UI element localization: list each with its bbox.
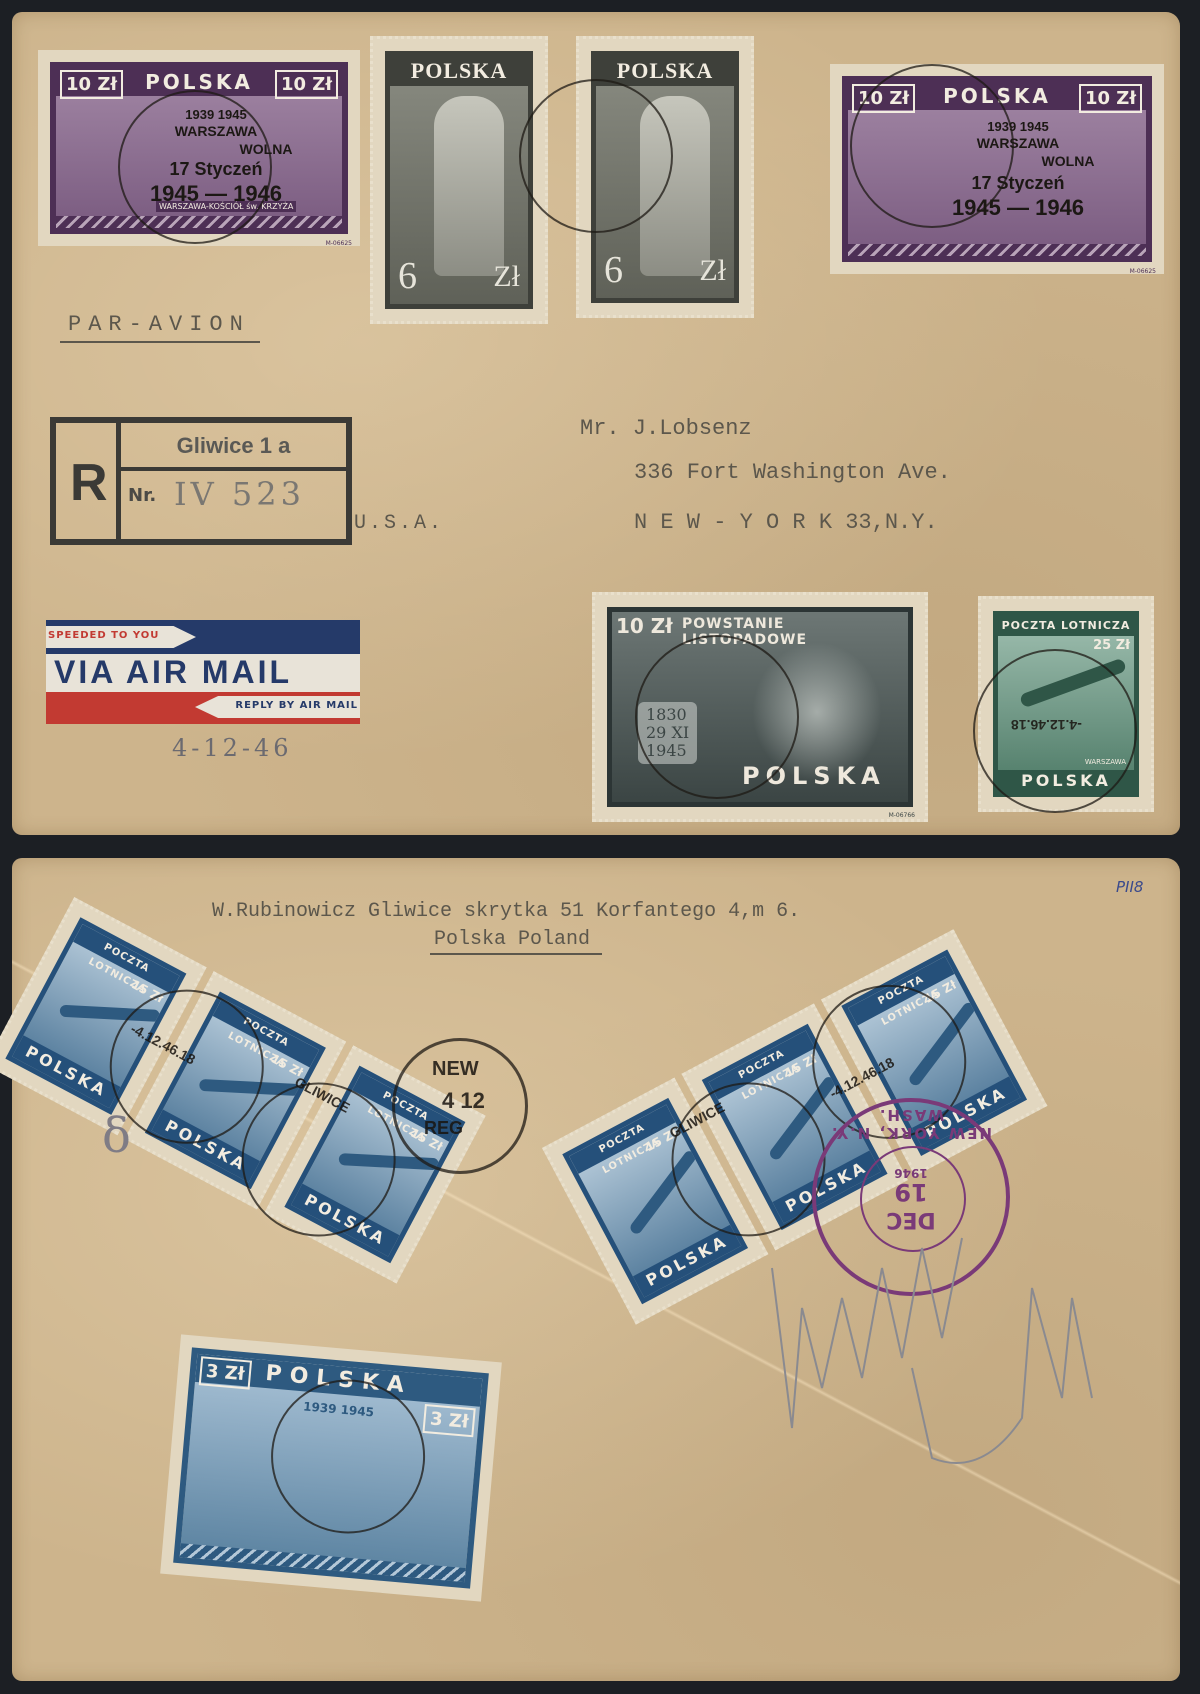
receiving-year: 1946 bbox=[816, 1166, 1006, 1180]
via-air-mail-label: SPEEDED TO YOU VIA AIR MAIL REPLY BY AIR… bbox=[46, 620, 360, 722]
postmark bbox=[118, 90, 272, 244]
printer-mark: M-06625 bbox=[326, 240, 352, 247]
envelope-front: POLSKA 10 Zł 10 Zł 1939 1945 WARSZAWA WO… bbox=[12, 12, 1180, 835]
stamp-currency: Zł bbox=[699, 254, 726, 288]
registration-office: Gliwice 1 a bbox=[121, 423, 346, 471]
postmark bbox=[850, 64, 1014, 228]
printer-mark: M-06625 bbox=[1130, 268, 1156, 275]
stamp-value: 25 Zł bbox=[1093, 638, 1130, 653]
country-line: U.S.A. bbox=[354, 512, 444, 535]
stamp-warszawa-3zl: POLSKA 3 Zł 3 Zł 1939 1945 bbox=[160, 1334, 502, 1601]
postmark-date: -4.12.46.18 bbox=[1011, 717, 1082, 733]
printer-mark: M-06766 bbox=[889, 812, 915, 819]
stamp-henryk-probus-2: POLSKA 6 Zł bbox=[576, 36, 754, 318]
postmark bbox=[635, 635, 799, 799]
sender-country: Polska Poland bbox=[430, 928, 602, 955]
stamp-currency: Zł bbox=[493, 260, 520, 294]
handwritten-date: 4-12-46 bbox=[172, 734, 293, 762]
receiving-ring-text: NEW YORK, N.Y. WASH. bbox=[816, 1106, 1006, 1142]
address-name: Mr. J.Lobsenz bbox=[580, 416, 752, 441]
registration-letter: R bbox=[70, 453, 108, 513]
envelope-back: W.Rubinowicz Gliwice skrytka 51 Korfante… bbox=[12, 858, 1180, 1681]
stamp-value: 6 bbox=[604, 248, 623, 292]
stamp-country: POLSKA bbox=[390, 56, 528, 86]
stamp-value: 10 Zł bbox=[1079, 84, 1142, 113]
registration-number: IV 523 bbox=[174, 475, 305, 513]
stamp-value: 3 Zł bbox=[199, 1356, 252, 1389]
corner-note: PII8 bbox=[1116, 878, 1143, 896]
stamp-title: POCZTA LOTNICZA bbox=[998, 616, 1134, 636]
king-figure bbox=[434, 96, 504, 276]
stamp-value: 6 bbox=[398, 254, 417, 298]
handwritten-signature bbox=[762, 1228, 1122, 1488]
ny-cancel-reg: REG bbox=[424, 1118, 463, 1139]
air-label-top: SPEEDED TO YOU bbox=[48, 630, 159, 641]
stamp-warszawa-wolna-1: POLSKA 10 Zł 10 Zł 1939 1945 WARSZAWA WO… bbox=[38, 50, 360, 246]
stamp-warszawa-wolna-2: POLSKA 10 Zł 10 Zł 1939 1945 WARSZAWA WO… bbox=[830, 64, 1164, 274]
stamp-value: 10 Zł bbox=[616, 614, 673, 638]
receiving-day: 19 bbox=[816, 1178, 1006, 1206]
registration-nr-prefix: Nr. bbox=[128, 485, 156, 506]
ny-cancel-city: NEW bbox=[432, 1058, 479, 1081]
handwritten-mark: δ bbox=[102, 1108, 131, 1164]
stamp-powstanie-listopadowe: 10 Zł POWSTANIE LISTOPADOWE 1830 29 XI 1… bbox=[592, 592, 928, 822]
par-avion-marking: PAR-AVION bbox=[60, 312, 260, 343]
sender-address: W.Rubinowicz Gliwice skrytka 51 Korfante… bbox=[212, 900, 800, 923]
address-street: 336 Fort Washington Ave. bbox=[634, 460, 951, 485]
air-label-bottom: REPLY BY AIR MAIL bbox=[235, 700, 358, 711]
registration-label: R Gliwice 1 a Nr. IV 523 bbox=[50, 417, 352, 545]
stamp-poczta-lotnicza-25: POCZTA LOTNICZA 25 Zł WARSZAWA POLSKA -4… bbox=[978, 596, 1154, 812]
stamp-henryk-probus-1: POLSKA 6 Zł bbox=[370, 36, 548, 324]
stamp-value: 10 Zł bbox=[60, 70, 123, 99]
air-label-main: VIA AIR MAIL bbox=[54, 654, 292, 690]
address-city: N E W - Y O R K 33,N.Y. bbox=[634, 510, 938, 535]
ny-cancel-date: 4 12 bbox=[442, 1088, 485, 1114]
postmark bbox=[519, 79, 673, 233]
stamp-value: 10 Zł bbox=[275, 70, 338, 99]
stamp-value: 3 Zł bbox=[423, 1404, 476, 1437]
